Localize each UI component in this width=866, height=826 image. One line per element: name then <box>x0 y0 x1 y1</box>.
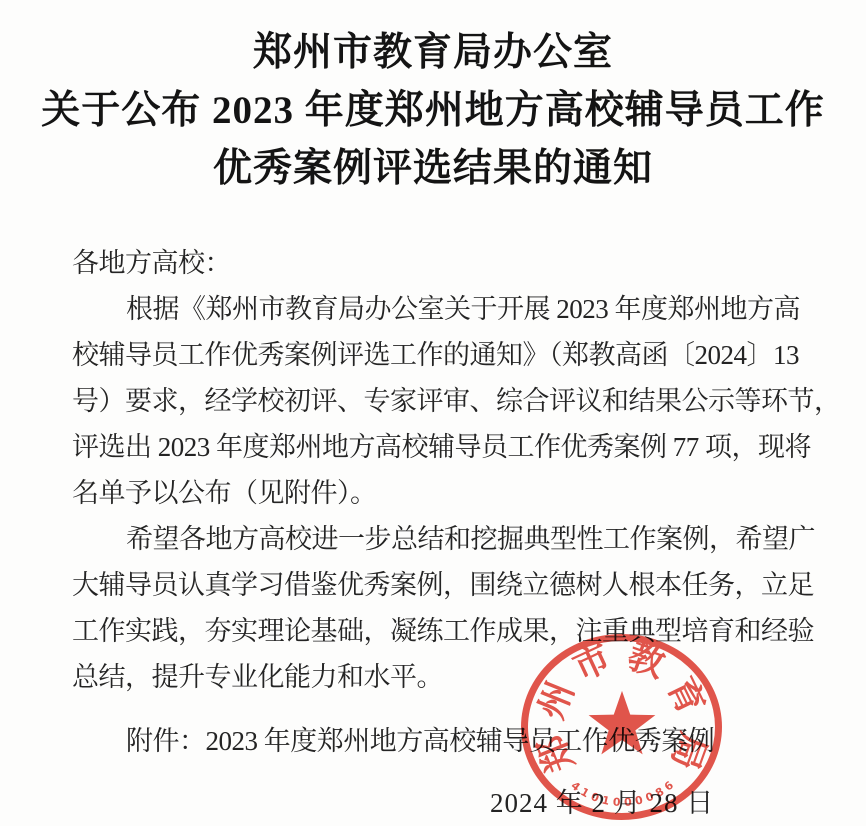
title-line-1: 郑州市教育局办公室 <box>0 24 866 82</box>
official-seal: 郑 州 市 教 育 局 4 1 0 1 0 0 0 0 8 6 <box>521 634 722 820</box>
paragraph-2-line-1: 希望各地方高校进一步总结和挖掘典型性工作案例，希望广 <box>72 516 814 562</box>
star-icon <box>583 687 661 765</box>
paragraph-1-line-4: 评选出 2023 年度郑州地方高校辅导员工作优秀案例 77 项，现将 <box>72 424 814 470</box>
document-title: 郑州市教育局办公室 关于公布 2023 年度郑州地方高校辅导员工作 优秀案例评选… <box>0 24 866 198</box>
salutation: 各地方高校： <box>72 240 814 286</box>
title-line-3: 优秀案例评选结果的通知 <box>0 140 866 198</box>
paragraph-2-line-2: 大辅导员认真学习借鉴优秀案例，围绕立德树人根本任务，立足 <box>72 562 814 608</box>
document-page: 郑州市教育局办公室 关于公布 2023 年度郑州地方高校辅导员工作 优秀案例评选… <box>0 0 866 826</box>
paragraph-1-line-1: 根据《郑州市教育局办公室关于开展 2023 年度郑州地方高 <box>72 286 814 332</box>
paragraph-1-line-5: 名单予以公布（见附件）。 <box>72 470 814 516</box>
paragraph-1-line-3: 号）要求，经学校初评、专家评审、综合评议和结果公示等环节， <box>72 378 814 424</box>
paragraph-1-line-2: 校辅导员工作优秀案例评选工作的通知》（郑教高函〔2024〕13 <box>72 332 814 378</box>
title-line-2: 关于公布 2023 年度郑州地方高校辅导员工作 <box>0 82 866 140</box>
